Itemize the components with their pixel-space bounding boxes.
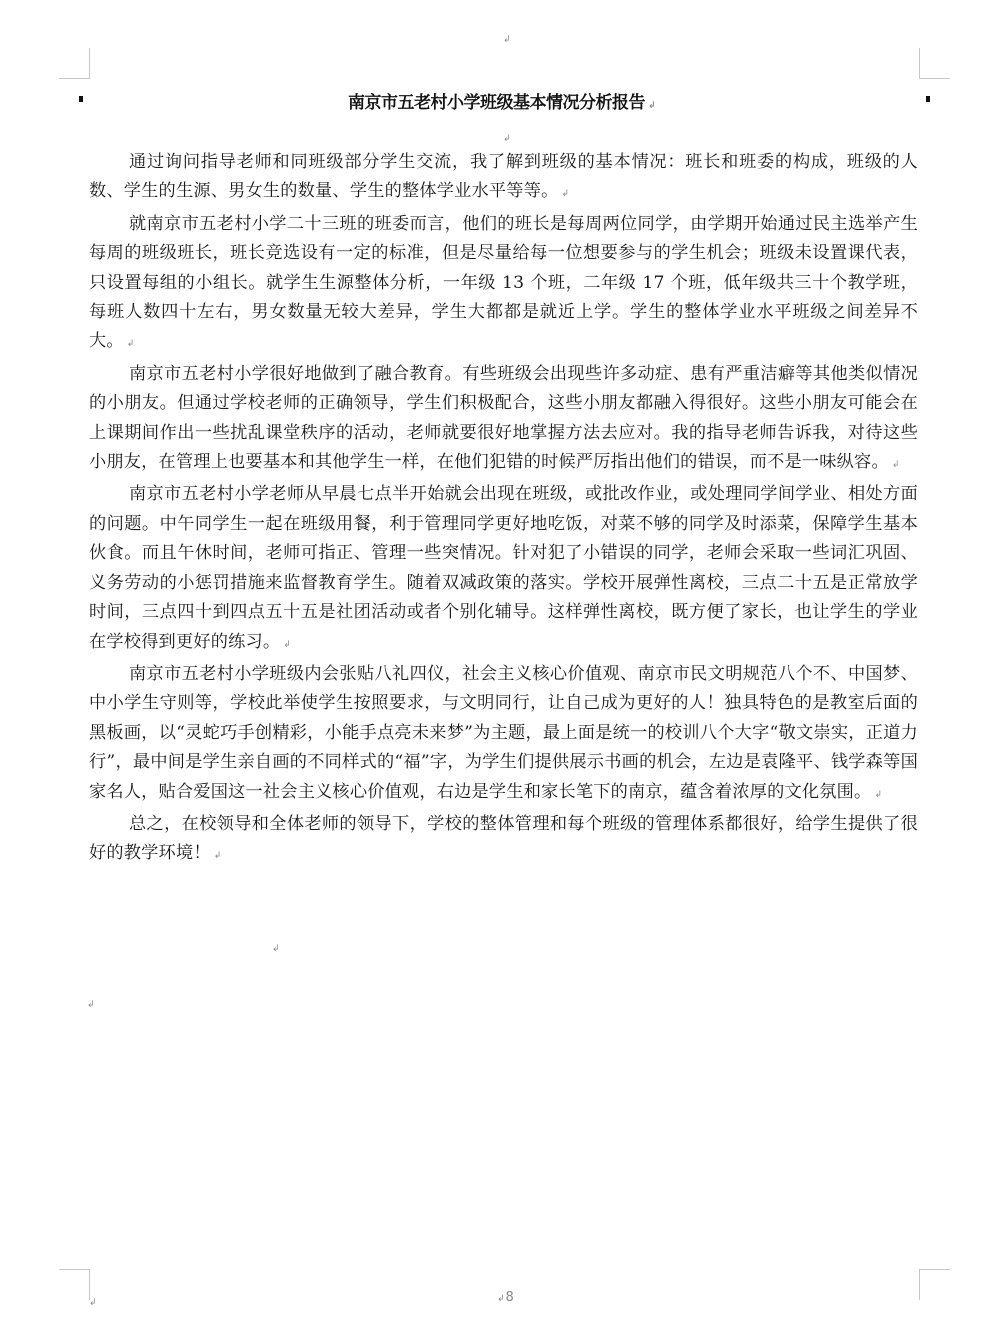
page-number: ↲8	[497, 1290, 514, 1305]
paragraph-text: 南京市五老村小学老师从早晨七点半开始就会出现在班级，或批改作业，或处理同学间学业…	[89, 484, 918, 651]
page-number-text: 8	[506, 1290, 514, 1305]
paragraph-mark-icon: ↲	[127, 339, 135, 349]
empty-paragraph-mark-icon: ↲	[503, 134, 511, 144]
paragraph-4[interactable]: 南京市五老村小学老师从早晨七点半开始就会出现在班级，或批改作业，或处理同学间学业…	[89, 480, 918, 659]
paragraph-mark-icon: ↲	[561, 189, 569, 199]
empty-paragraph-mark-icon: ↲	[272, 944, 280, 954]
crop-mark-top-left	[59, 48, 90, 79]
paragraph-mark-icon: ↲	[892, 460, 900, 470]
paragraph-mark-icon: ↲	[283, 640, 291, 650]
paragraph-mark-icon: ↲	[648, 101, 655, 111]
paragraph-text: 通过询问指导老师和同班级部分学生交流，我了解到班级的基本情况：班长和班委的构成，…	[89, 152, 918, 201]
footer-paragraph-mark-icon: ↲	[89, 1298, 97, 1308]
paragraph-mark-icon: ↲	[214, 851, 222, 861]
paragraph-mark-icon: ↲	[497, 1294, 505, 1304]
paragraph-2[interactable]: 就南京市五老村小学二十三班的班委而言，他们的班长是每周两位同学，由学期开始通过民…	[89, 210, 918, 360]
paragraph-mark-icon: ↲	[874, 790, 882, 800]
document-title-text: 南京市五老村小学班级基本情况分析报告	[348, 93, 645, 113]
header-paragraph-mark-icon: ↲	[503, 35, 511, 45]
paragraph-5[interactable]: 南京市五老村小学班级内会张贴八礼四仪，社会主义核心价值观、南京市民文明规范八个不…	[89, 660, 918, 810]
paragraph-text: 南京市五老村小学班级内会张贴八礼四仪，社会主义核心价值观、南京市民文明规范八个不…	[89, 664, 918, 802]
paragraph-6[interactable]: 总之，在校领导和全体老师的领导下，学校的整体管理和每个班级的管理体系都很好，给学…	[89, 810, 918, 872]
paragraph-text: 就南京市五老村小学二十三班的班委而言，他们的班长是每周两位同学，由学期开始通过民…	[89, 214, 918, 352]
crop-mark-bottom-right	[919, 1269, 950, 1300]
crop-mark-top-right	[919, 48, 950, 79]
empty-paragraph-mark-icon: ↲	[87, 1000, 95, 1010]
paragraph-text: 南京市五老村小学很好地做到了融合教育。有些班级会出现些许多动症、患有严重洁癖等其…	[89, 364, 918, 472]
crop-mark-bottom-left	[59, 1269, 90, 1300]
document-title[interactable]: 南京市五老村小学班级基本情况分析报告↲	[0, 88, 1003, 113]
paragraph-3[interactable]: 南京市五老村小学很好地做到了融合教育。有些班级会出现些许多动症、患有严重洁癖等其…	[89, 360, 918, 481]
paragraph-1[interactable]: 通过询问指导老师和同班级部分学生交流，我了解到班级的基本情况：班长和班委的构成，…	[89, 148, 918, 210]
document-body[interactable]: 通过询问指导老师和同班级部分学生交流，我了解到班级的基本情况：班长和班委的构成，…	[89, 148, 918, 872]
